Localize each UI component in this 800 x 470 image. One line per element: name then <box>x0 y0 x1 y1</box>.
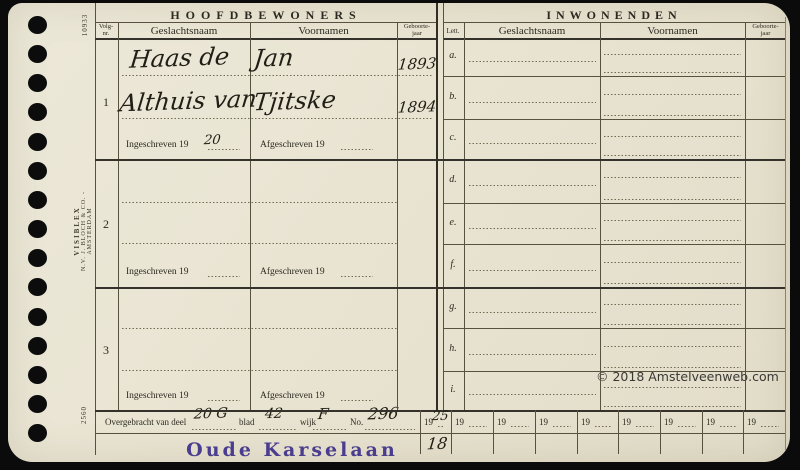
year-cell-rule <box>702 410 703 454</box>
column-rule-right <box>464 22 465 410</box>
writing-line <box>122 370 397 371</box>
title-underline <box>95 22 437 23</box>
writing-line <box>469 102 596 103</box>
writing-line <box>604 283 741 284</box>
resident-geboortejaar-handwritten: 1894 <box>397 97 437 116</box>
wijk-handwritten-value: F <box>317 405 329 423</box>
year-cell-rule <box>420 410 421 454</box>
row-rule <box>443 203 785 204</box>
header-lett: Lett. <box>442 27 464 35</box>
year-cell-label: 19 <box>581 417 590 427</box>
column-rule-right <box>745 22 746 410</box>
header-geslachtsnaam-left: Geslachtsnaam <box>118 25 250 37</box>
writing-line <box>604 304 741 305</box>
year-cell-handwritten-value: 25 <box>431 409 449 425</box>
header-geboortejaar-left: Geboorte- jaar <box>397 23 437 38</box>
writing-line <box>604 94 741 95</box>
section-rule <box>95 287 785 289</box>
row-rule <box>443 371 785 372</box>
inwonenden-title: INWONENDEN <box>443 8 785 23</box>
writing-line <box>469 61 596 62</box>
year-cell-rule <box>743 410 744 454</box>
resident-geslachtsnaam-handwritten: Althuis van <box>118 85 258 118</box>
ingeschreven-dotted-line <box>208 400 240 401</box>
blad-label: blad <box>239 417 255 427</box>
punch-hole <box>28 249 47 267</box>
writing-line <box>604 324 741 325</box>
writing-line <box>604 155 741 156</box>
writing-line <box>604 177 741 178</box>
punch-hole <box>28 395 47 413</box>
writing-line <box>469 185 596 186</box>
footer-rule <box>95 433 785 434</box>
wijk-label: wijk <box>300 417 316 427</box>
afgeschreven-label: Afgeschreven 19 <box>260 140 325 150</box>
writing-line <box>604 115 741 116</box>
year-cell-dotted-line <box>678 426 696 427</box>
header-underline <box>95 38 437 40</box>
volgnr-cell: 2 <box>94 217 118 232</box>
ingeschreven-label: Ingeschreven 19 <box>126 140 189 150</box>
column-rule-right <box>600 22 601 410</box>
ingeschreven-dotted-line <box>208 149 240 150</box>
lett-cell: d. <box>442 174 464 185</box>
writing-line <box>604 346 741 347</box>
writing-line <box>469 394 596 395</box>
header-geslachtsnaam-right: Geslachtsnaam <box>464 25 600 37</box>
card-stock-number-bottom: 2560 <box>80 393 92 437</box>
resident-geboortejaar-handwritten: 1893 <box>397 54 437 73</box>
year-cell-label: 19 <box>455 417 464 427</box>
punch-hole <box>28 424 47 442</box>
year-cell-rule <box>618 410 619 454</box>
column-rule-left <box>250 22 251 410</box>
year-cell-rule <box>535 410 536 454</box>
column-rule-left <box>118 22 119 410</box>
row-rule <box>443 328 785 329</box>
overgebracht-label: Overgebracht van deel <box>105 417 186 427</box>
wijk-dotted-line <box>313 429 347 430</box>
ingeschreven-handwritten-value: 20 <box>203 133 221 149</box>
writing-line <box>604 406 741 407</box>
resident-geslachtsnaam-handwritten: Haas de <box>128 42 230 73</box>
writing-line <box>469 270 596 271</box>
year-cell-rule <box>660 410 661 454</box>
no-dotted-line <box>365 429 415 430</box>
afgeschreven-dotted-line <box>341 276 373 277</box>
year-cell-label: 19 <box>622 417 631 427</box>
year-cell-dotted-line <box>720 426 737 427</box>
header-geboortejaar-right: Geboorte- jaar <box>745 23 786 38</box>
writing-line <box>604 54 741 55</box>
punch-hole <box>28 191 47 209</box>
card-stock-number-top: 10933 <box>81 3 93 47</box>
writing-line <box>122 118 432 119</box>
punch-hole <box>28 103 47 121</box>
writing-line <box>604 240 741 241</box>
header-voornamen-right: Voornamen <box>600 25 745 37</box>
lett-cell: a. <box>442 50 464 61</box>
year-cell-label: 19 <box>747 417 756 427</box>
card-edge-rule <box>785 17 786 451</box>
year-cell-dotted-line <box>511 426 529 427</box>
afgeschreven-label: Afgeschreven 19 <box>260 391 325 401</box>
writing-line <box>604 220 741 221</box>
writing-line <box>469 143 596 144</box>
year-cell-rule <box>493 410 494 454</box>
population-register-card: 10933 VISIBLEX N.V. J. BLOCH & CO. - AMS… <box>8 3 790 462</box>
afgeschreven-dotted-line <box>341 400 373 401</box>
blad-handwritten-value: 42 <box>264 406 284 423</box>
ingeschreven-label: Ingeschreven 19 <box>126 267 189 277</box>
photographed-register-page: 10933 VISIBLEX N.V. J. BLOCH & CO. - AMS… <box>0 0 800 470</box>
lett-cell: b. <box>442 91 464 102</box>
writing-line <box>122 202 397 203</box>
deel-handwritten-value: 20 G <box>193 405 228 422</box>
header-volgnr: Volg- nr. <box>94 23 118 38</box>
no-handwritten-value: 296 <box>367 403 400 423</box>
column-rule-left <box>397 22 398 410</box>
year-cell-dotted-line <box>636 426 654 427</box>
row-rule <box>443 119 785 120</box>
header-underline <box>443 38 785 40</box>
writing-line <box>604 367 741 368</box>
year-cell-dotted-line <box>595 426 612 427</box>
volgnr-cell: 3 <box>94 343 118 358</box>
printer-imprint: VISIBLEX N.V. J. BLOCH & CO. - AMSTERDAM <box>73 171 95 291</box>
year-cell-label: 19 <box>497 417 506 427</box>
address-stamp: Oude Karselaan <box>178 439 406 461</box>
punch-hole <box>28 162 47 180</box>
writing-line <box>604 262 741 263</box>
lett-cell: g. <box>442 301 464 312</box>
header-voornamen-left: Voornamen <box>250 25 397 37</box>
writing-line <box>122 75 432 76</box>
house-number-handwritten: 18 <box>426 434 448 454</box>
punch-hole <box>28 45 47 63</box>
lett-cell: f. <box>442 259 464 270</box>
year-cell-dotted-line <box>469 426 487 427</box>
blad-dotted-line <box>259 429 297 430</box>
year-cell-label: 19 <box>664 417 673 427</box>
year-cell-rule <box>577 410 578 454</box>
writing-line <box>122 328 397 329</box>
lett-cell: h. <box>442 343 464 354</box>
writing-line <box>604 136 741 137</box>
writing-line <box>469 312 596 313</box>
year-cell-label: 19 <box>539 417 548 427</box>
year-cell-dotted-line <box>553 426 571 427</box>
center-divider-rule <box>436 3 438 410</box>
title-underline <box>443 22 785 23</box>
writing-line <box>604 199 741 200</box>
afgeschreven-label: Afgeschreven 19 <box>260 267 325 277</box>
volgnr-cell: 1 <box>94 95 118 110</box>
writing-line <box>604 72 741 73</box>
deel-dotted-line <box>192 429 236 430</box>
printer-name: N.V. J. BLOCH & CO. - AMSTERDAM <box>81 171 93 291</box>
ingeschreven-dotted-line <box>208 276 240 277</box>
printer-brand: VISIBLEX <box>73 171 81 291</box>
section-rule <box>95 159 785 161</box>
row-rule <box>443 76 785 77</box>
afgeschreven-dotted-line <box>341 149 373 150</box>
lett-cell: c. <box>442 132 464 143</box>
year-cell-dotted-line <box>761 426 779 427</box>
lett-cell: i. <box>442 384 464 395</box>
lett-cell: e. <box>442 217 464 228</box>
writing-line <box>469 228 596 229</box>
punch-hole <box>28 337 47 355</box>
year-cell-label: 19 <box>706 417 715 427</box>
hoofdbewoners-title: HOOFDBEWONERS <box>95 8 437 23</box>
no-label: No. <box>350 417 363 427</box>
resident-voornamen-handwritten: Tjitske <box>252 86 337 117</box>
year-cell-rule <box>451 410 452 454</box>
punch-hole <box>28 366 47 384</box>
writing-line <box>604 387 741 388</box>
ingeschreven-label: Ingeschreven 19 <box>126 391 189 401</box>
punch-hole <box>28 278 47 296</box>
punch-hole <box>28 16 47 34</box>
writing-line <box>469 354 596 355</box>
year-cell-dotted-line <box>438 426 445 427</box>
writing-line <box>122 243 397 244</box>
row-rule <box>443 244 785 245</box>
punch-hole <box>28 133 47 151</box>
punch-hole <box>28 220 47 238</box>
resident-voornamen-handwritten: Jan <box>252 43 295 72</box>
punch-hole <box>28 74 47 92</box>
punch-hole <box>28 308 47 326</box>
